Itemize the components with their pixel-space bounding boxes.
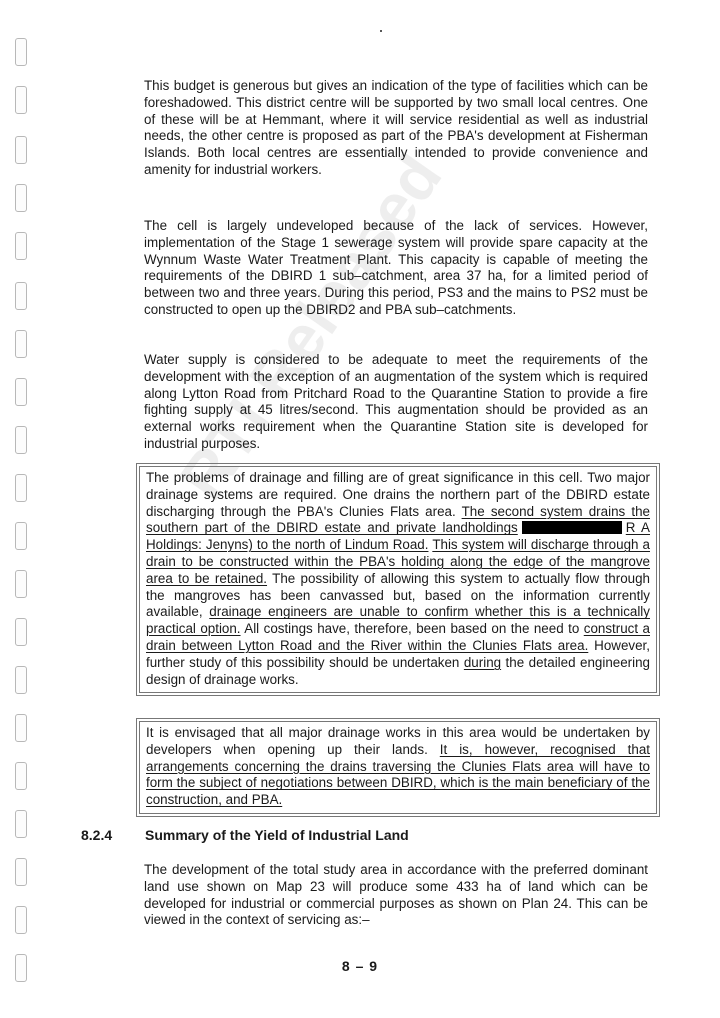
- section-title: Summary of the Yield of Industrial Land: [145, 827, 409, 843]
- binder-hole-icon: [15, 232, 27, 260]
- binder-hole-icon: [15, 86, 27, 114]
- negotiation-box-content: It is envisaged that all major drainage …: [139, 721, 657, 814]
- binder-hole-icon: [15, 474, 27, 502]
- paragraph-water-supply: Water supply is considered to be adequat…: [144, 352, 648, 453]
- binder-hole-icon: [15, 810, 27, 838]
- paragraph-text: The development of the total study area …: [144, 862, 648, 929]
- paragraph-budget: This budget is generous but gives an ind…: [144, 78, 648, 179]
- watermark: RTI Released: [165, 141, 456, 513]
- binder-hole-icon: [15, 426, 27, 454]
- binder-hole-icon: [15, 282, 27, 310]
- drainage-box: The problems of drainage and filling are…: [136, 463, 660, 696]
- binder-hole-icon: [15, 906, 27, 934]
- paragraph-text: The cell is largely undeveloped because …: [144, 218, 648, 319]
- scan-speck: [380, 30, 382, 32]
- binder-hole-icon: [15, 858, 27, 886]
- page-number: 8 – 9: [0, 958, 720, 974]
- binder-hole-icon: [15, 136, 27, 164]
- binder-hole-icon: [15, 38, 27, 66]
- paragraph-yield: The development of the total study area …: [144, 862, 648, 929]
- binder-hole-icon: [15, 184, 27, 212]
- binder-hole-icon: [15, 522, 27, 550]
- binder-hole-icon: [15, 666, 27, 694]
- document-page: RTI Released This budget is generous but…: [0, 0, 720, 1018]
- section-heading: 8.2.4Summary of the Yield of Industrial …: [81, 827, 409, 843]
- binder-hole-icon: [15, 618, 27, 646]
- binder-hole-icon: [15, 330, 27, 358]
- binder-hole-icon: [15, 714, 27, 742]
- paragraph-sewerage: The cell is largely undeveloped because …: [144, 218, 648, 319]
- paragraph-text: Water supply is considered to be adequat…: [144, 352, 648, 453]
- negotiation-box: It is envisaged that all major drainage …: [136, 718, 660, 817]
- paragraph-text: This budget is generous but gives an ind…: [144, 78, 648, 179]
- redaction-block: [522, 521, 622, 534]
- binder-hole-icon: [15, 762, 27, 790]
- section-number: 8.2.4: [81, 827, 145, 843]
- binder-hole-icon: [15, 570, 27, 598]
- binder-hole-icon: [15, 378, 27, 406]
- drainage-box-content: The problems of drainage and filling are…: [139, 466, 657, 693]
